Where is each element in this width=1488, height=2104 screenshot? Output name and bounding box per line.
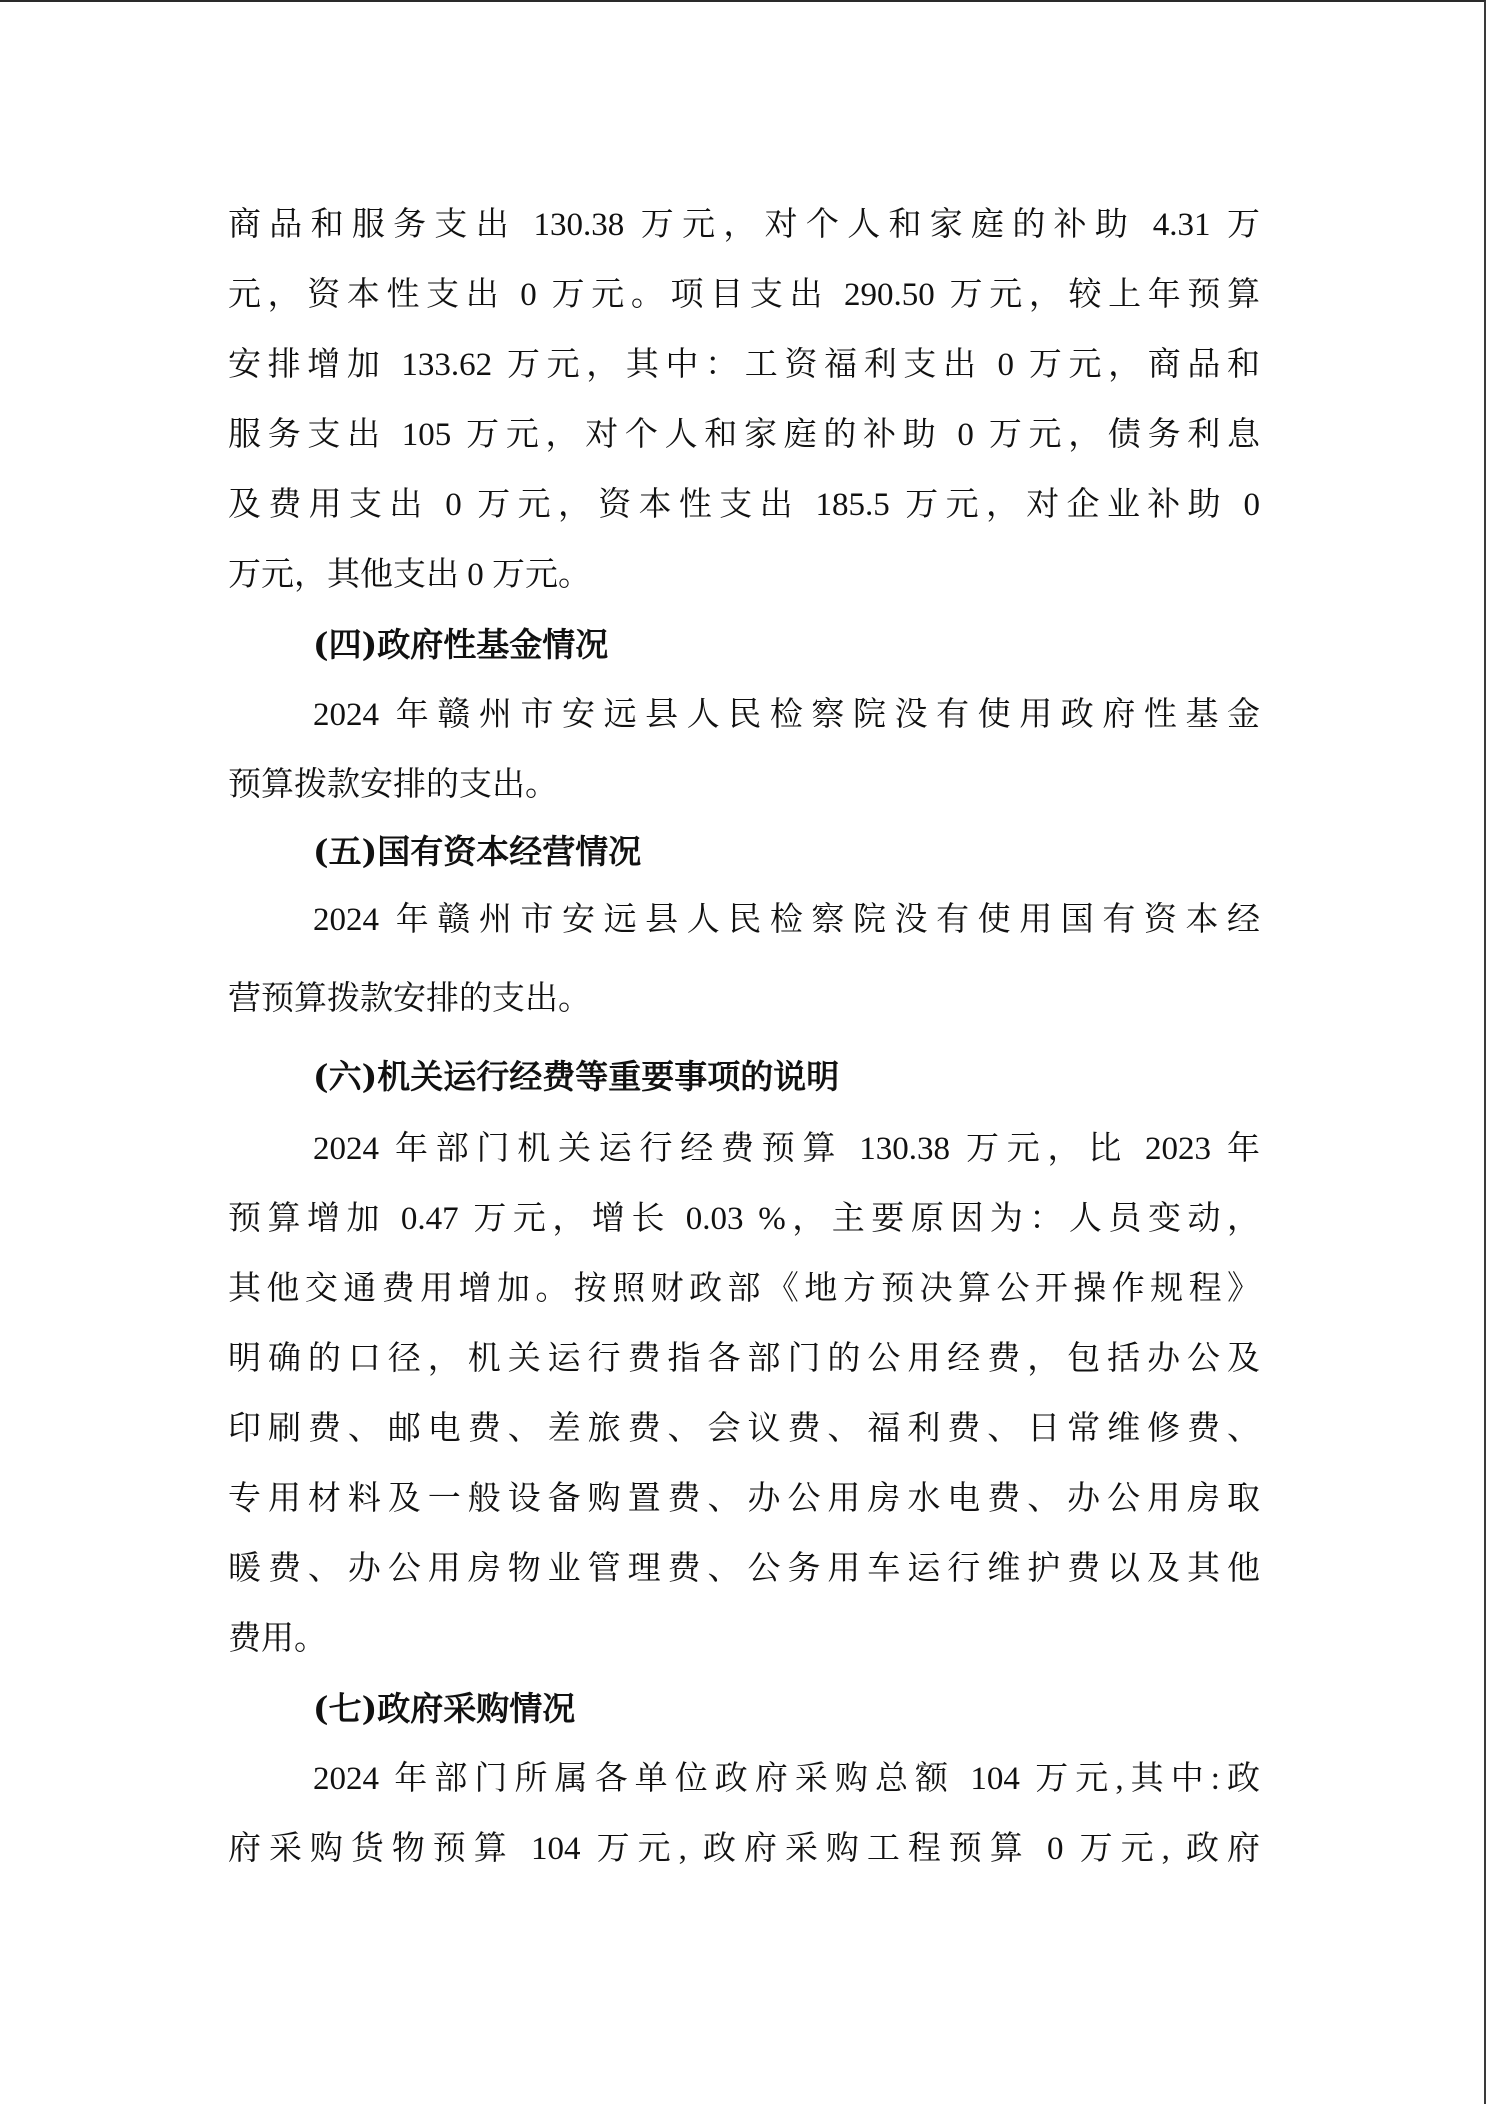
body-text-line: 2024 年赣州市安远县人民检察院没有使用政府性基金 (313, 695, 1260, 735)
body-text-line: 其他交通费用增加。按照财政部《地方预决算公开操作规程》 (228, 1269, 1260, 1309)
body-text-line: 府采购货物预算 104 万元, 政府采购工程预算 0 万元, 政府 (228, 1829, 1260, 1869)
body-text-line: 预算拨款安排的支出。 (228, 765, 1260, 805)
body-text-line: 2024 年部门机关运行经费预算 130.38 万元，比 2023 年 (313, 1129, 1260, 1169)
body-text-line: 及费用支出 0 万元，资本性支出 185.5 万元，对企业补助 0 (228, 485, 1260, 525)
body-text-line: 安排增加 133.62 万元，其中：工资福利支出 0 万元，商品和 (228, 345, 1260, 385)
body-text-line: 服务支出 105 万元，对个人和家庭的补助 0 万元，债务利息 (228, 415, 1260, 455)
section-heading-procurement: (七)政府采购情况 (313, 1689, 575, 1729)
body-text-line: 费用。 (228, 1619, 1260, 1659)
body-text-line: 营预算拨款安排的支出。 (228, 979, 1260, 1019)
body-text-line: 预算增加 0.47 万元，增长 0.03 %，主要原因为：人员变动， (228, 1199, 1260, 1239)
document-page: 商品和服务支出 130.38 万元，对个人和家庭的补助 4.31 万 元，资本性… (0, 0, 1486, 2104)
body-text-line: 2024 年部门所属各单位政府采购总额 104 万元,其中:政 (313, 1759, 1260, 1799)
body-text-line: 2024 年赣州市安远县人民检察院没有使用国有资本经 (313, 900, 1260, 940)
body-text-line: 暖费、办公用房物业管理费、公务用车运行维护费以及其他 (228, 1549, 1260, 1589)
body-text-line: 专用材料及一般设备购置费、办公用房水电费、办公用房取 (228, 1479, 1260, 1519)
body-text-line: 元，资本性支出 0 万元。项目支出 290.50 万元，较上年预算 (228, 275, 1260, 315)
body-text-line: 明确的口径，机关运行费指各部门的公用经费，包括办公及 (228, 1339, 1260, 1379)
body-text-line: 万元，其他支出 0 万元。 (228, 555, 1260, 595)
section-heading-government-funds: (四)政府性基金情况 (313, 625, 608, 665)
section-heading-operating-expenses: (六)机关运行经费等重要事项的说明 (313, 1057, 839, 1097)
section-heading-state-capital: (五)国有资本经营情况 (313, 832, 641, 872)
body-text-line: 印刷费、邮电费、差旅费、会议费、福利费、日常维修费、 (228, 1409, 1260, 1449)
body-text-line: 商品和服务支出 130.38 万元，对个人和家庭的补助 4.31 万 (228, 205, 1260, 245)
